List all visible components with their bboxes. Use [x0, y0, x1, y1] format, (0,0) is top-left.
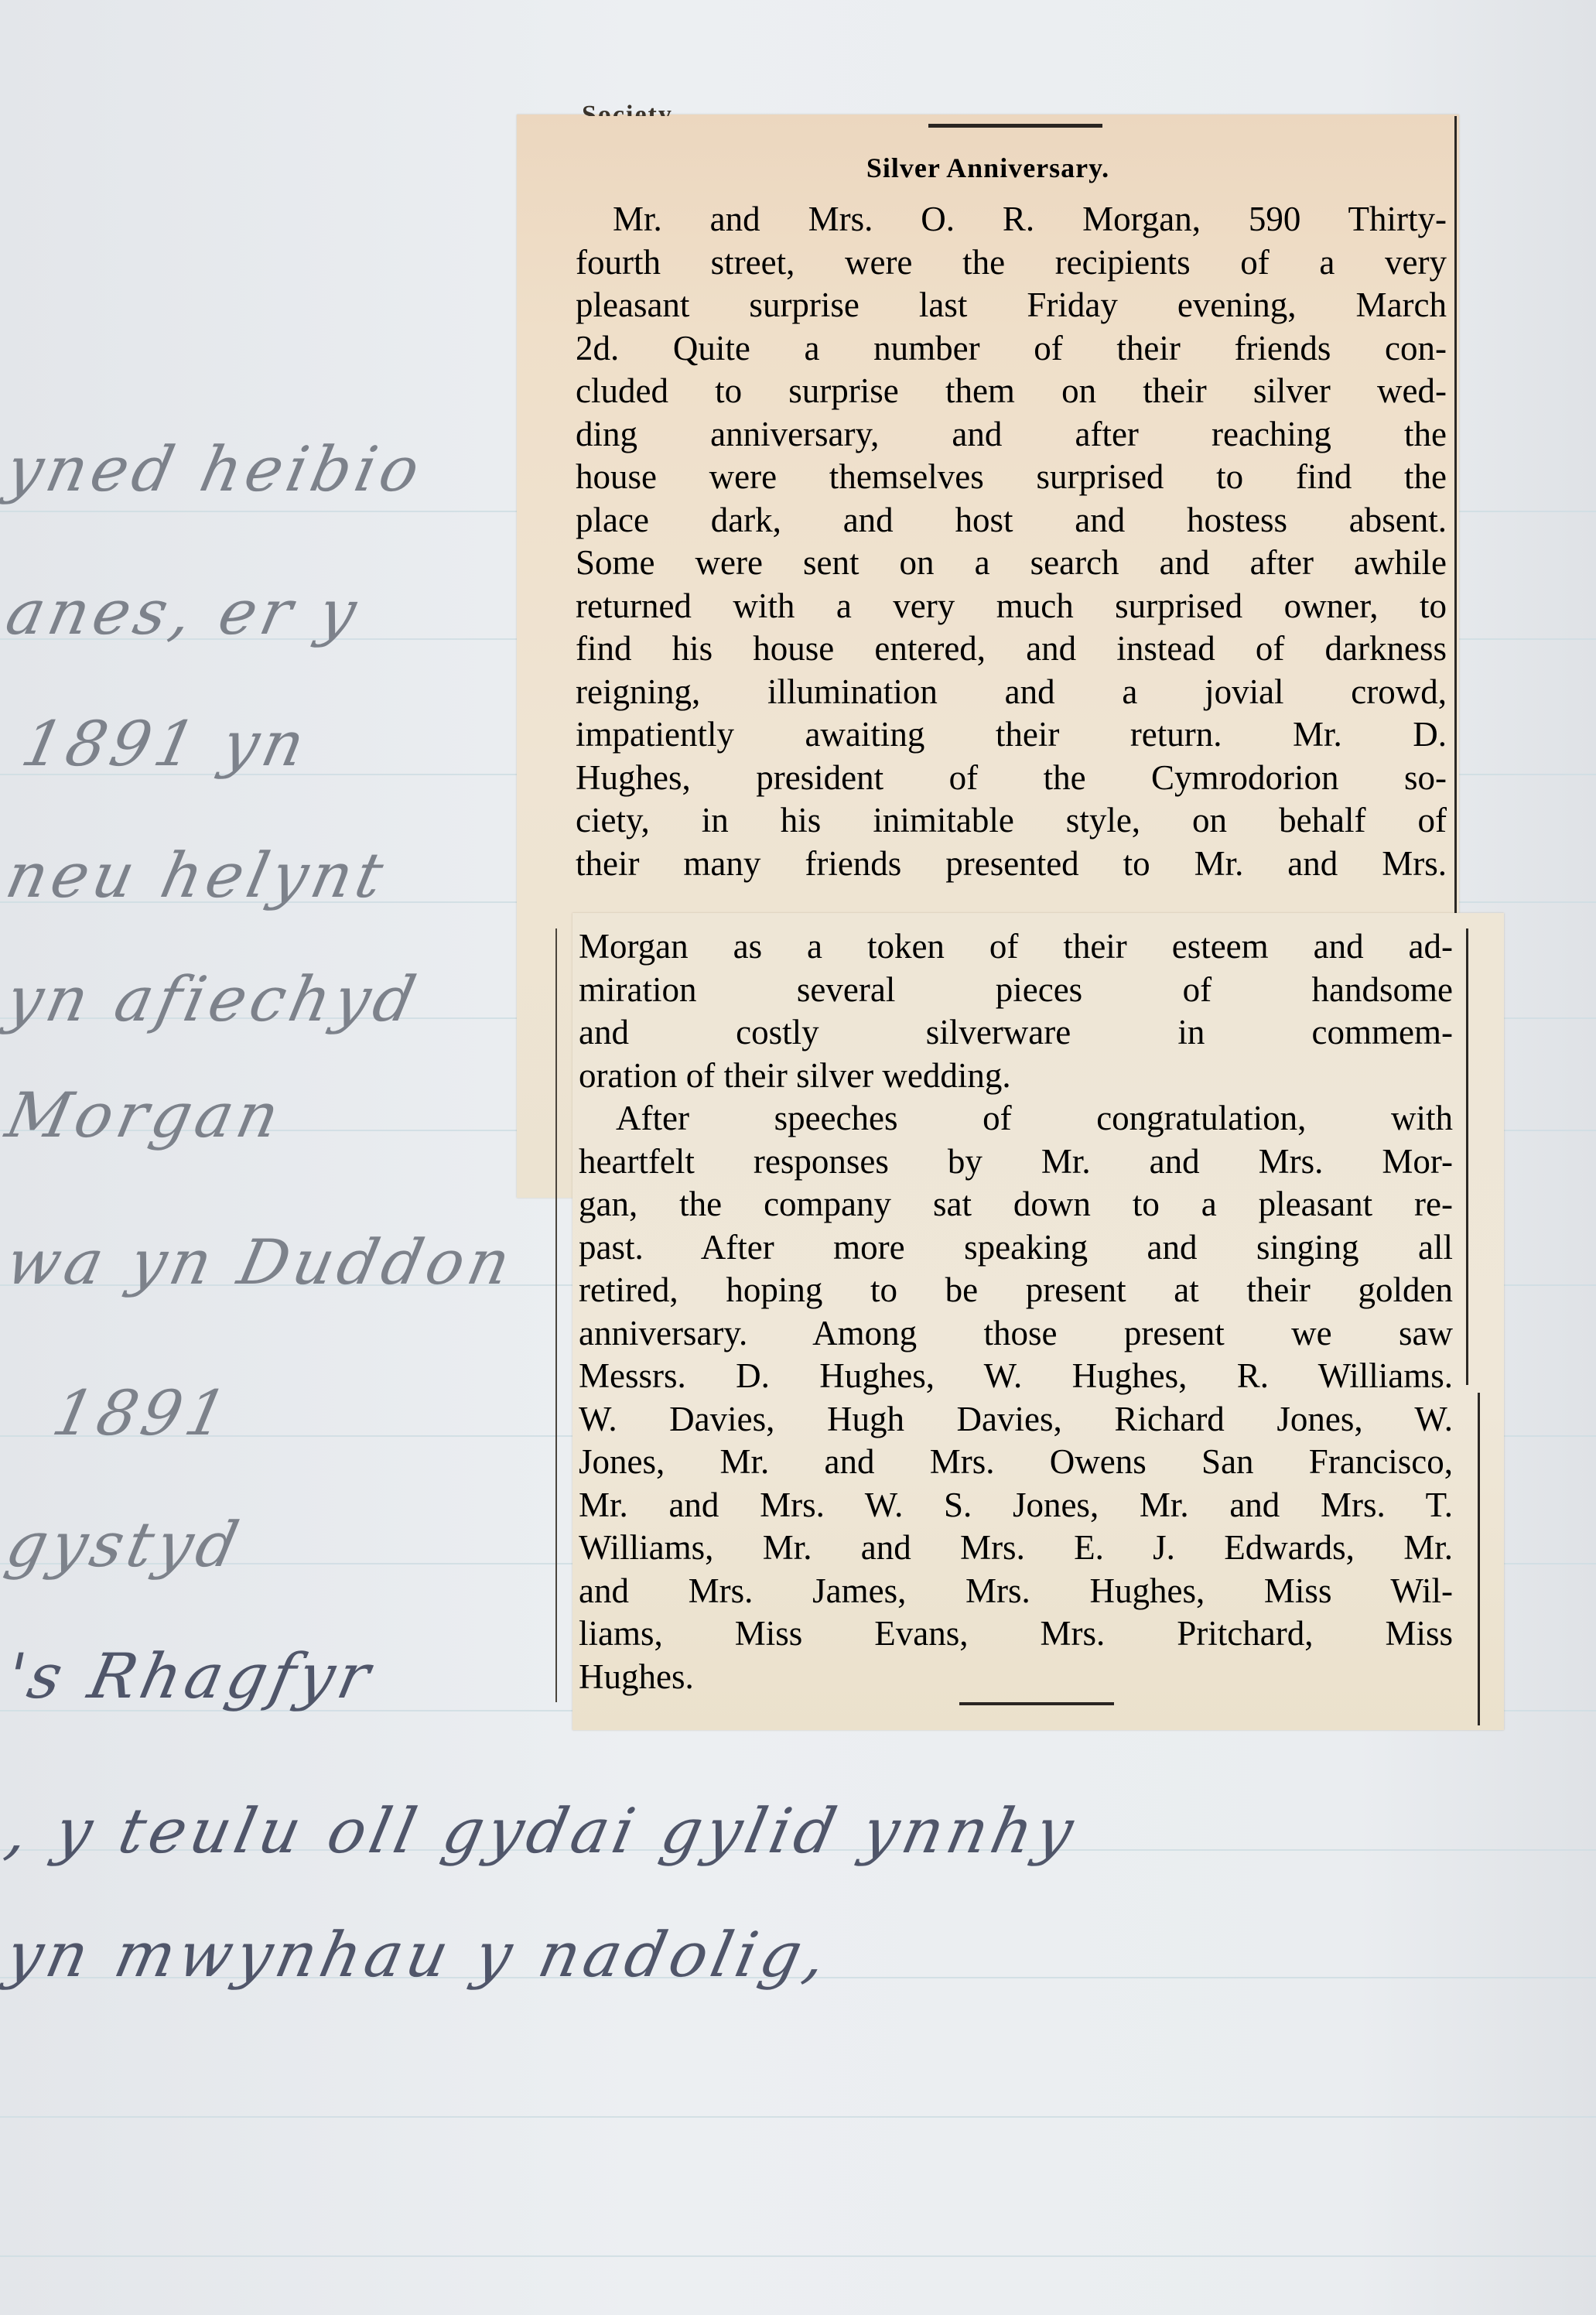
article-line: Williams, Mr. and Mrs. E. J. Edwards, Mr… — [579, 1527, 1453, 1570]
ruled-line — [0, 2116, 1596, 2118]
article-line: place dark, and host and hostess absent. — [576, 499, 1447, 542]
column-rule — [555, 928, 557, 1702]
article-line: Mr. and Mrs. O. R. Morgan, 590 Thirty- — [576, 198, 1447, 241]
clipping-bottom-divider — [959, 1702, 1114, 1705]
article-line: their many friends presented to Mr. and … — [576, 843, 1447, 886]
handwritten-line: anes, er y — [0, 576, 367, 648]
handwritten-line: 1891 yn — [15, 708, 316, 780]
article-line: gan, the company sat down to a pleasant … — [579, 1183, 1453, 1226]
column-rule — [1454, 116, 1457, 913]
article-line: Some were sent on a search and after awh… — [576, 542, 1447, 585]
article-line: anniversary. Among those present we saw — [579, 1312, 1453, 1356]
clipping-top-divider — [928, 124, 1102, 128]
article-line: find his house entered, and instead of d… — [576, 627, 1447, 671]
article-line: fourth street, were the recipients of a … — [576, 241, 1447, 285]
column-rule — [1478, 1393, 1480, 1725]
handwritten-line: Morgan — [0, 1079, 290, 1151]
article-line: miration several pieces of handsome — [579, 969, 1453, 1012]
handwritten-line: , y teulu oll gydai gylid ynnhy — [0, 1795, 1084, 1867]
article-line: W. Davies, Hugh Davies, Richard Jones, W… — [579, 1398, 1453, 1441]
article-line: Mr. and Mrs. W. S. Jones, Mr. and Mrs. T… — [579, 1484, 1453, 1527]
article-line: impatiently awaiting their return. Mr. D… — [576, 713, 1447, 757]
article-line: past. After more speaking and singing al… — [579, 1226, 1453, 1270]
article-line: reigning, illumination and a jovial crow… — [576, 671, 1447, 714]
article-line: Hughes, president of the Cymrodorion so- — [576, 757, 1447, 800]
handwritten-line: 's Rhagfyr — [0, 1640, 381, 1712]
clipping-partial-header: Society. — [582, 101, 679, 116]
ruled-line — [0, 2255, 1596, 2257]
article-line: and costly silverware in commem- — [579, 1011, 1453, 1055]
handwritten-line: neu helynt — [0, 839, 394, 911]
article-line: retired, hoping to be present at their g… — [579, 1269, 1453, 1312]
article-line: heartfelt responses by Mr. and Mrs. Mor- — [579, 1140, 1453, 1184]
handwritten-line: wa yn Duddon — [0, 1226, 521, 1298]
article-line: Hughes. — [579, 1656, 1453, 1699]
article-column-2: Morgan as a token of their esteem and ad… — [579, 925, 1453, 1698]
article-line: oration of their silver wedding. — [579, 1055, 1453, 1098]
handwritten-line: yned heibio — [0, 433, 430, 505]
article-line: 2d. Quite a number of their friends con- — [576, 327, 1447, 371]
article-line: Jones, Mr. and Mrs. Owens San Francisco, — [579, 1441, 1453, 1484]
handwritten-line: 1891 — [46, 1377, 238, 1449]
handwritten-line: yn mwynhau y nadolig, — [0, 1919, 837, 1991]
article-line: ding anniversary, and after reaching the — [576, 413, 1447, 457]
article-column-1: Mr. and Mrs. O. R. Morgan, 590 Thirty- f… — [576, 198, 1447, 885]
article-line: and Mrs. James, Mrs. Hughes, Miss Wil- — [579, 1570, 1453, 1613]
article-line: cluded to surprise them on their silver … — [576, 370, 1447, 413]
article-line: ciety, in his inimitable style, on behal… — [576, 799, 1447, 843]
article-line: liams, Miss Evans, Mrs. Pritchard, Miss — [579, 1612, 1453, 1656]
handwritten-line: gystyd — [0, 1509, 249, 1581]
article-line: pleasant surprise last Friday evening, M… — [576, 284, 1447, 327]
article-title: Silver Anniversary. — [517, 152, 1459, 184]
article-line: returned with a very much surprised owne… — [576, 585, 1447, 628]
handwritten-line: yn afiechyd — [0, 963, 426, 1035]
article-line: Messrs. D. Hughes, W. Hughes, R. William… — [579, 1355, 1453, 1398]
article-line: After speeches of congratulation, with — [579, 1097, 1453, 1140]
article-line: house were themselves surprised to find … — [576, 456, 1447, 499]
column-rule — [1466, 928, 1468, 1385]
article-line: Morgan as a token of their esteem and ad… — [579, 925, 1453, 969]
